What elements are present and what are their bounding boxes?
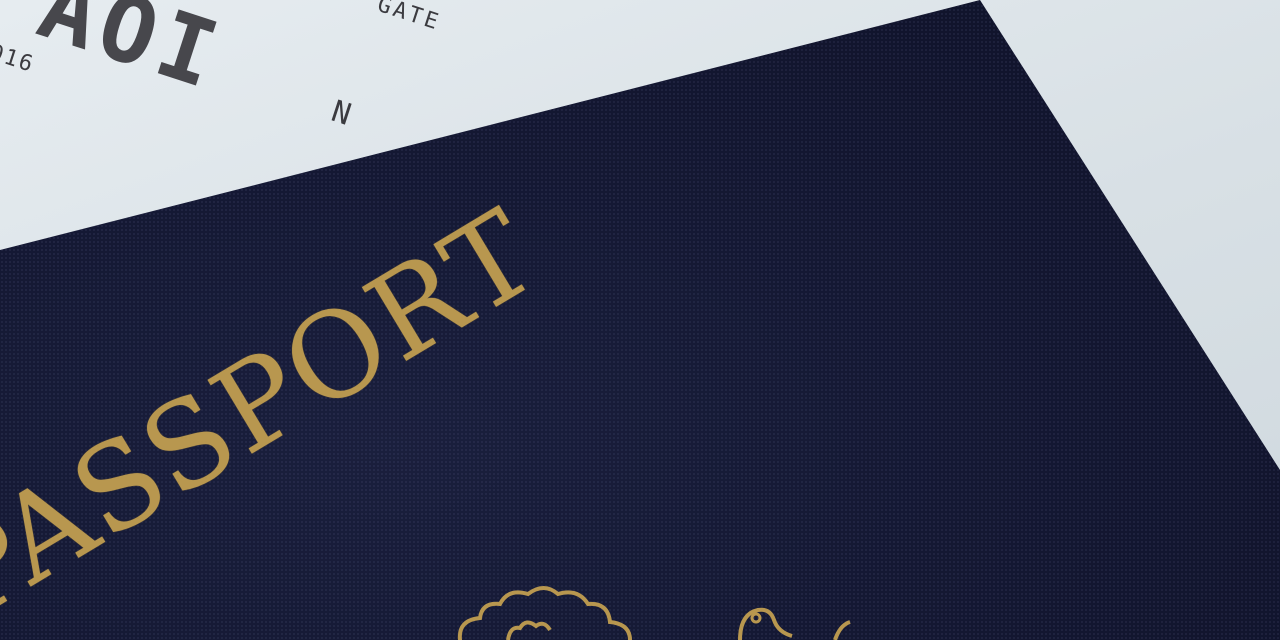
boarding-pass-partial-text: N — [327, 94, 355, 133]
eagle-emblem-icon — [440, 580, 880, 640]
boarding-pass-gate-label: GATE — [374, 0, 444, 36]
boarding-pass-code: AOI — [27, 0, 235, 111]
photo-scene: AOI GATE 016 N PASSPORT — [0, 0, 1280, 640]
